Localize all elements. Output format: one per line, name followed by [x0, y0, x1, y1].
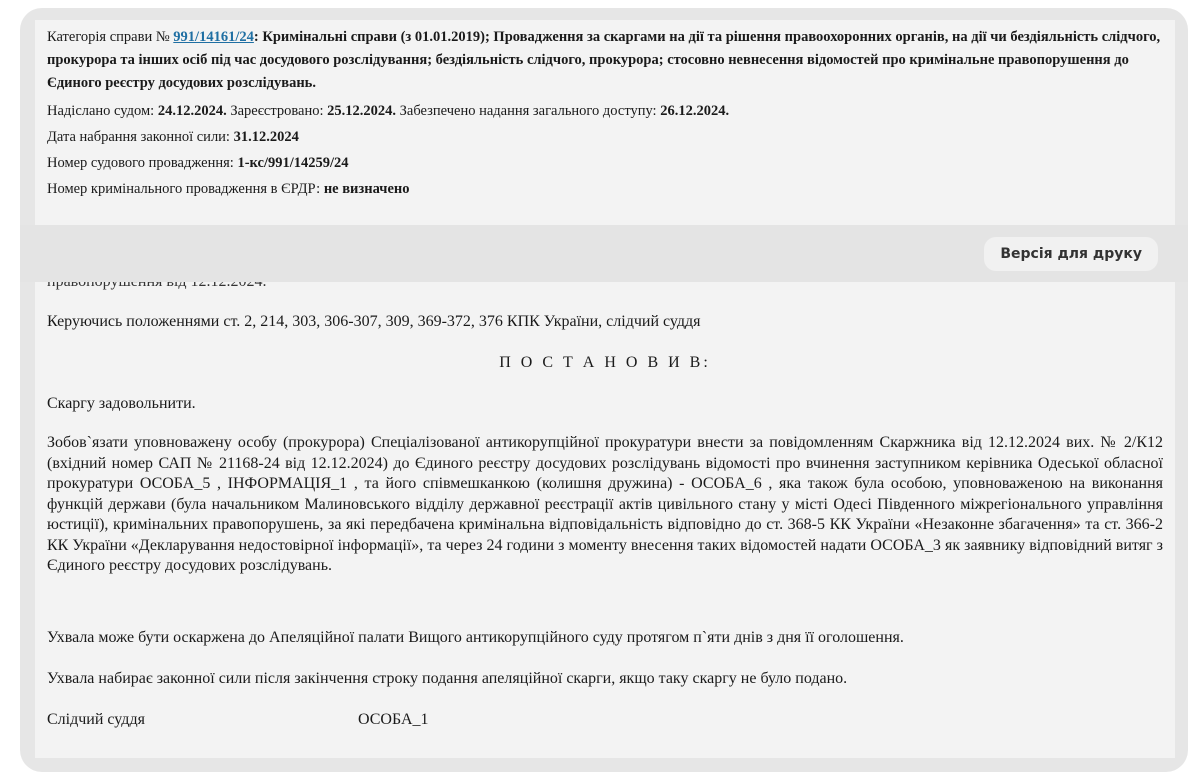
criminal-proceeding-label: Номер кримінального провадження в ЄРДР:	[47, 181, 324, 197]
obligation-paragraph: Зобов`язати уповноважену особу (прокурор…	[47, 433, 1163, 577]
case-info-panel: Категорія справи № 991/14161/24: Криміна…	[35, 20, 1175, 225]
grant-paragraph: Скаргу задовольнити.	[47, 394, 196, 413]
case-number-link[interactable]: 991/14161/24	[173, 29, 254, 45]
court-proceeding-label: Номер судового провадження:	[47, 155, 237, 171]
effective-label: Дата набрання законної сили:	[47, 129, 234, 145]
sent-date: 24.12.2024.	[158, 103, 227, 119]
access-label: Забезпечено надання загального доступу:	[396, 103, 660, 119]
registered-date: 25.12.2024.	[327, 103, 396, 119]
dates-row: Надіслано судом: 24.12.2024. Зареєстрова…	[47, 101, 1163, 121]
court-proceeding-number: 1-кс/991/14259/24	[237, 155, 348, 171]
appeal-paragraph: Ухвала може бути оскаржена до Апеляційно…	[47, 628, 904, 647]
court-proceeding-row: Номер судового провадження: 1-кс/991/142…	[47, 153, 1163, 173]
signature-name: ОСОБА_1	[358, 710, 429, 729]
category-label: Категорія справи №	[47, 29, 173, 45]
partially-hidden-line: правопорушення від 12.12.2024.	[47, 282, 267, 291]
criminal-proceeding-row: Номер кримінального провадження в ЄРДР: …	[47, 179, 1163, 199]
document-body: правопорушення від 12.12.2024. Керуючись…	[35, 282, 1175, 758]
effect-paragraph: Ухвала набирає законної сили після закін…	[47, 669, 847, 688]
signature-label: Слідчий суддя	[47, 710, 145, 729]
guided-by-paragraph: Керуючись положеннями ст. 2, 214, 303, 3…	[47, 312, 701, 331]
print-version-button[interactable]: Версія для друку	[984, 237, 1158, 271]
sticky-toolbar: Версія для друку	[20, 225, 1188, 282]
effective-date: 31.12.2024	[234, 129, 299, 145]
resolution-title: П О С Т А Н О В И В:	[35, 353, 1175, 372]
sent-label: Надіслано судом:	[47, 103, 158, 119]
criminal-proceeding-number: не визначено	[324, 181, 410, 197]
registered-label: Зареєстровано:	[227, 103, 327, 119]
effective-date-row: Дата набрання законної сили: 31.12.2024	[47, 127, 1163, 147]
case-category: Категорія справи № 991/14161/24: Криміна…	[47, 26, 1163, 95]
access-date: 26.12.2024.	[660, 103, 729, 119]
